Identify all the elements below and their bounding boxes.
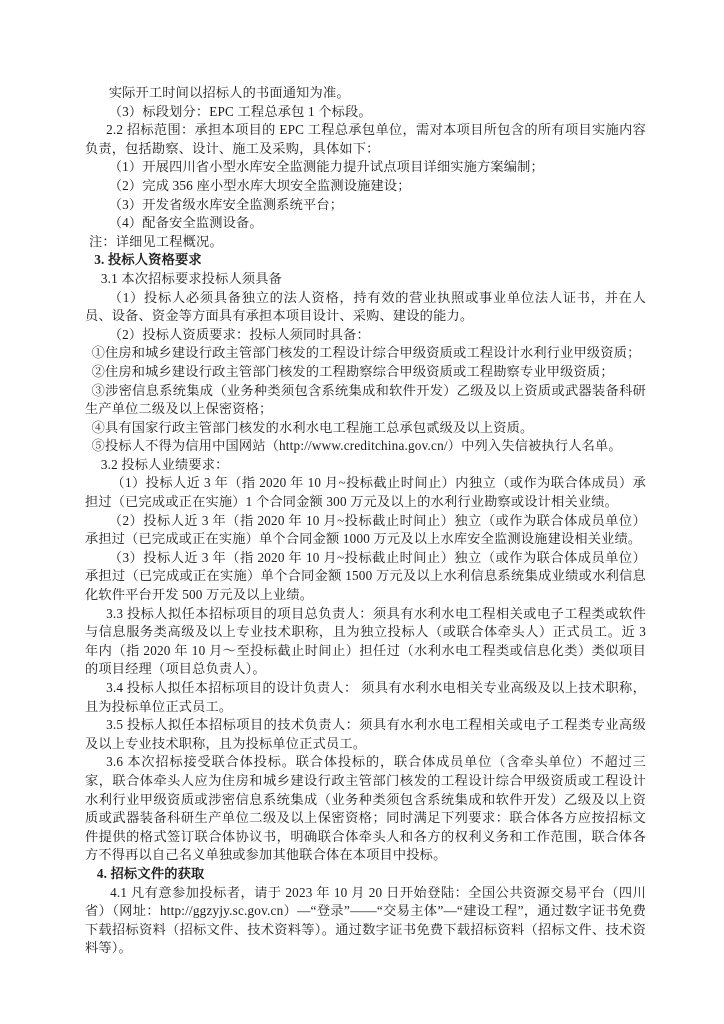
paragraph: （1）投标人近 3 年（指 2020 年 10 月~投标截止时间止）内独立（或作… (85, 474, 646, 511)
paragraph: （3）投标人近 3 年（指 2020 年 10 月~投标截止时间止）独立（或作为… (85, 549, 646, 605)
paragraph: （1）开展四川省小型水库安全监测能力提升试点项目详细实施方案编制； (85, 158, 646, 177)
paragraph: 3.6 本次招标接受联合体投标。联合体投标的，联合体成员单位（含牵头单位）不超过… (85, 753, 646, 865)
section-heading: 3. 投标人资格要求 (85, 251, 646, 270)
paragraph: 4.1 凡有意参加投标者，请于 2023 年 10 月 20 日开始登陆：全国公… (85, 884, 646, 958)
paragraph: 3.1 本次招标要求投标人须具备 (85, 270, 646, 289)
paragraph: 实际开工时间以招标人的书面通知为准。 (85, 84, 646, 103)
section-heading: 4. 招标文件的获取 (85, 865, 646, 884)
paragraph: （2）投标人资质要求：投标人须同时具备： (85, 326, 646, 345)
paragraph: ①住房和城乡建设行政主管部门核发的工程设计综合甲级资质或工程设计水利行业甲级资质… (85, 344, 646, 363)
paragraph: 3.4 投标人拟任本招标项目的设计负责人： 须具有水利水电相关专业高级及以上技术… (85, 679, 646, 716)
paragraph: （4）配备安全监测设备。 (85, 214, 646, 233)
paragraph: （3）开发省级水库安全监测系统平台； (85, 196, 646, 215)
paragraph: ⑤投标人不得为信用中国网站（http://www.creditchina.gov… (85, 437, 646, 456)
paragraph: （1）投标人必须具备独立的法人资格，持有效的营业执照或事业单位法人证书，并在人员… (85, 289, 646, 326)
paragraph: ②住房和城乡建设行政主管部门核发的工程勘察综合甲级资质或工程勘察专业甲级资质； (85, 363, 646, 382)
paragraph: （3）标段划分：EPC 工程总承包 1 个标段。 (85, 103, 646, 122)
paragraph: ④具有国家行政主管部门核发的水利水电工程施工总承包贰级及以上资质。 (85, 419, 646, 438)
paragraph: （2）投标人近 3 年（指 2020 年 10 月~投标截止时间止）独立（或作为… (85, 512, 646, 549)
paragraph: 3.5 投标人拟任本招标项目的技术负责人：须具有水利水电工程相关或电子工程类专业… (85, 716, 646, 753)
paragraph: （2）完成 356 座小型水库大坝安全监测设施建设； (85, 177, 646, 196)
paragraph: 2.2 招标范围：承担本项目的 EPC 工程总承包单位，需对本项目所包含的所有项… (85, 121, 646, 158)
document-body: 实际开工时间以招标人的书面通知为准。（3）标段划分：EPC 工程总承包 1 个标… (85, 84, 646, 958)
paragraph: ③涉密信息系统集成（业务种类须包含系统集成和软件开发）乙级及以上资质或武器装备科… (85, 382, 646, 419)
paragraph: 注：详细见工程概况。 (85, 233, 646, 252)
paragraph: 3.2 投标人业绩要求： (85, 456, 646, 475)
paragraph: 3.3 投标人拟任本招标项目的项目总负责人：须具有水利水电工程相关或电子工程类或… (85, 605, 646, 679)
document-page: 实际开工时间以招标人的书面通知为准。（3）标段划分：EPC 工程总承包 1 个标… (0, 0, 724, 1024)
